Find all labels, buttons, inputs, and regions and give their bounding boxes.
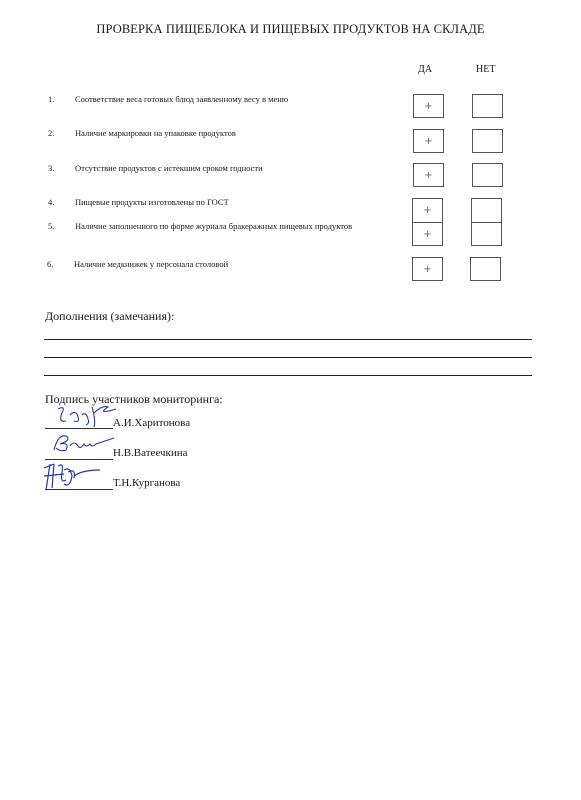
item-text: Пищевые продукты изготовлены по ГОСТ xyxy=(75,197,229,207)
remarks-line-1[interactable] xyxy=(44,339,532,340)
item-number: 3. xyxy=(48,163,54,173)
no-checkbox-2[interactable] xyxy=(472,129,503,153)
item-text: Наличие заполненного по форме журнала бр… xyxy=(75,221,352,231)
remarks-label: Дополнения (замечания): xyxy=(45,309,174,324)
item-number: 6. xyxy=(47,259,53,269)
no-checkbox-6[interactable] xyxy=(470,257,501,281)
column-header-no: НЕТ xyxy=(476,64,495,75)
signer-name-1: А.И.Харитонова xyxy=(113,417,190,429)
item-number: 1. xyxy=(48,94,54,104)
item-number: 5. xyxy=(48,221,54,231)
yes-checkbox-2[interactable]: + xyxy=(413,129,444,153)
yes-checkbox-6[interactable]: + xyxy=(412,257,443,281)
item-text: Соответствие веса готовых блюд заявленно… xyxy=(75,94,288,104)
item-text: Наличие медкнижек у персонала столовой xyxy=(74,259,228,269)
signature-scribble-2 xyxy=(48,430,118,456)
yes-checkbox-3[interactable]: + xyxy=(413,163,444,187)
remarks-line-2[interactable] xyxy=(44,357,532,358)
no-checkbox-3[interactable] xyxy=(472,163,503,187)
no-checkbox-5[interactable] xyxy=(471,222,502,246)
remarks-line-3[interactable] xyxy=(44,375,532,376)
item-number: 2. xyxy=(48,128,54,138)
item-text: Наличие маркировки на упаковке продуктов xyxy=(75,128,236,138)
no-checkbox-4[interactable] xyxy=(471,198,502,223)
signature-scribble-3 xyxy=(40,458,110,494)
no-checkbox-1[interactable] xyxy=(472,94,503,118)
yes-checkbox-5[interactable]: + xyxy=(412,222,443,246)
item-number: 4. xyxy=(48,197,54,207)
document-title: ПРОВЕРКА ПИЩЕБЛОКА И ПИЩЕВЫХ ПРОДУКТОВ Н… xyxy=(0,22,581,37)
column-header-yes: ДА xyxy=(418,64,432,75)
signature-scribble-1 xyxy=(52,403,122,429)
signer-name-3: Т.Н.Курганова xyxy=(113,477,180,489)
yes-checkbox-4[interactable]: + xyxy=(412,198,443,223)
signer-name-2: Н.В.Ватеечкина xyxy=(113,447,188,459)
item-text: Отсутствие продуктов с истекшим сроком г… xyxy=(75,163,263,173)
yes-checkbox-1[interactable]: + xyxy=(413,94,444,118)
